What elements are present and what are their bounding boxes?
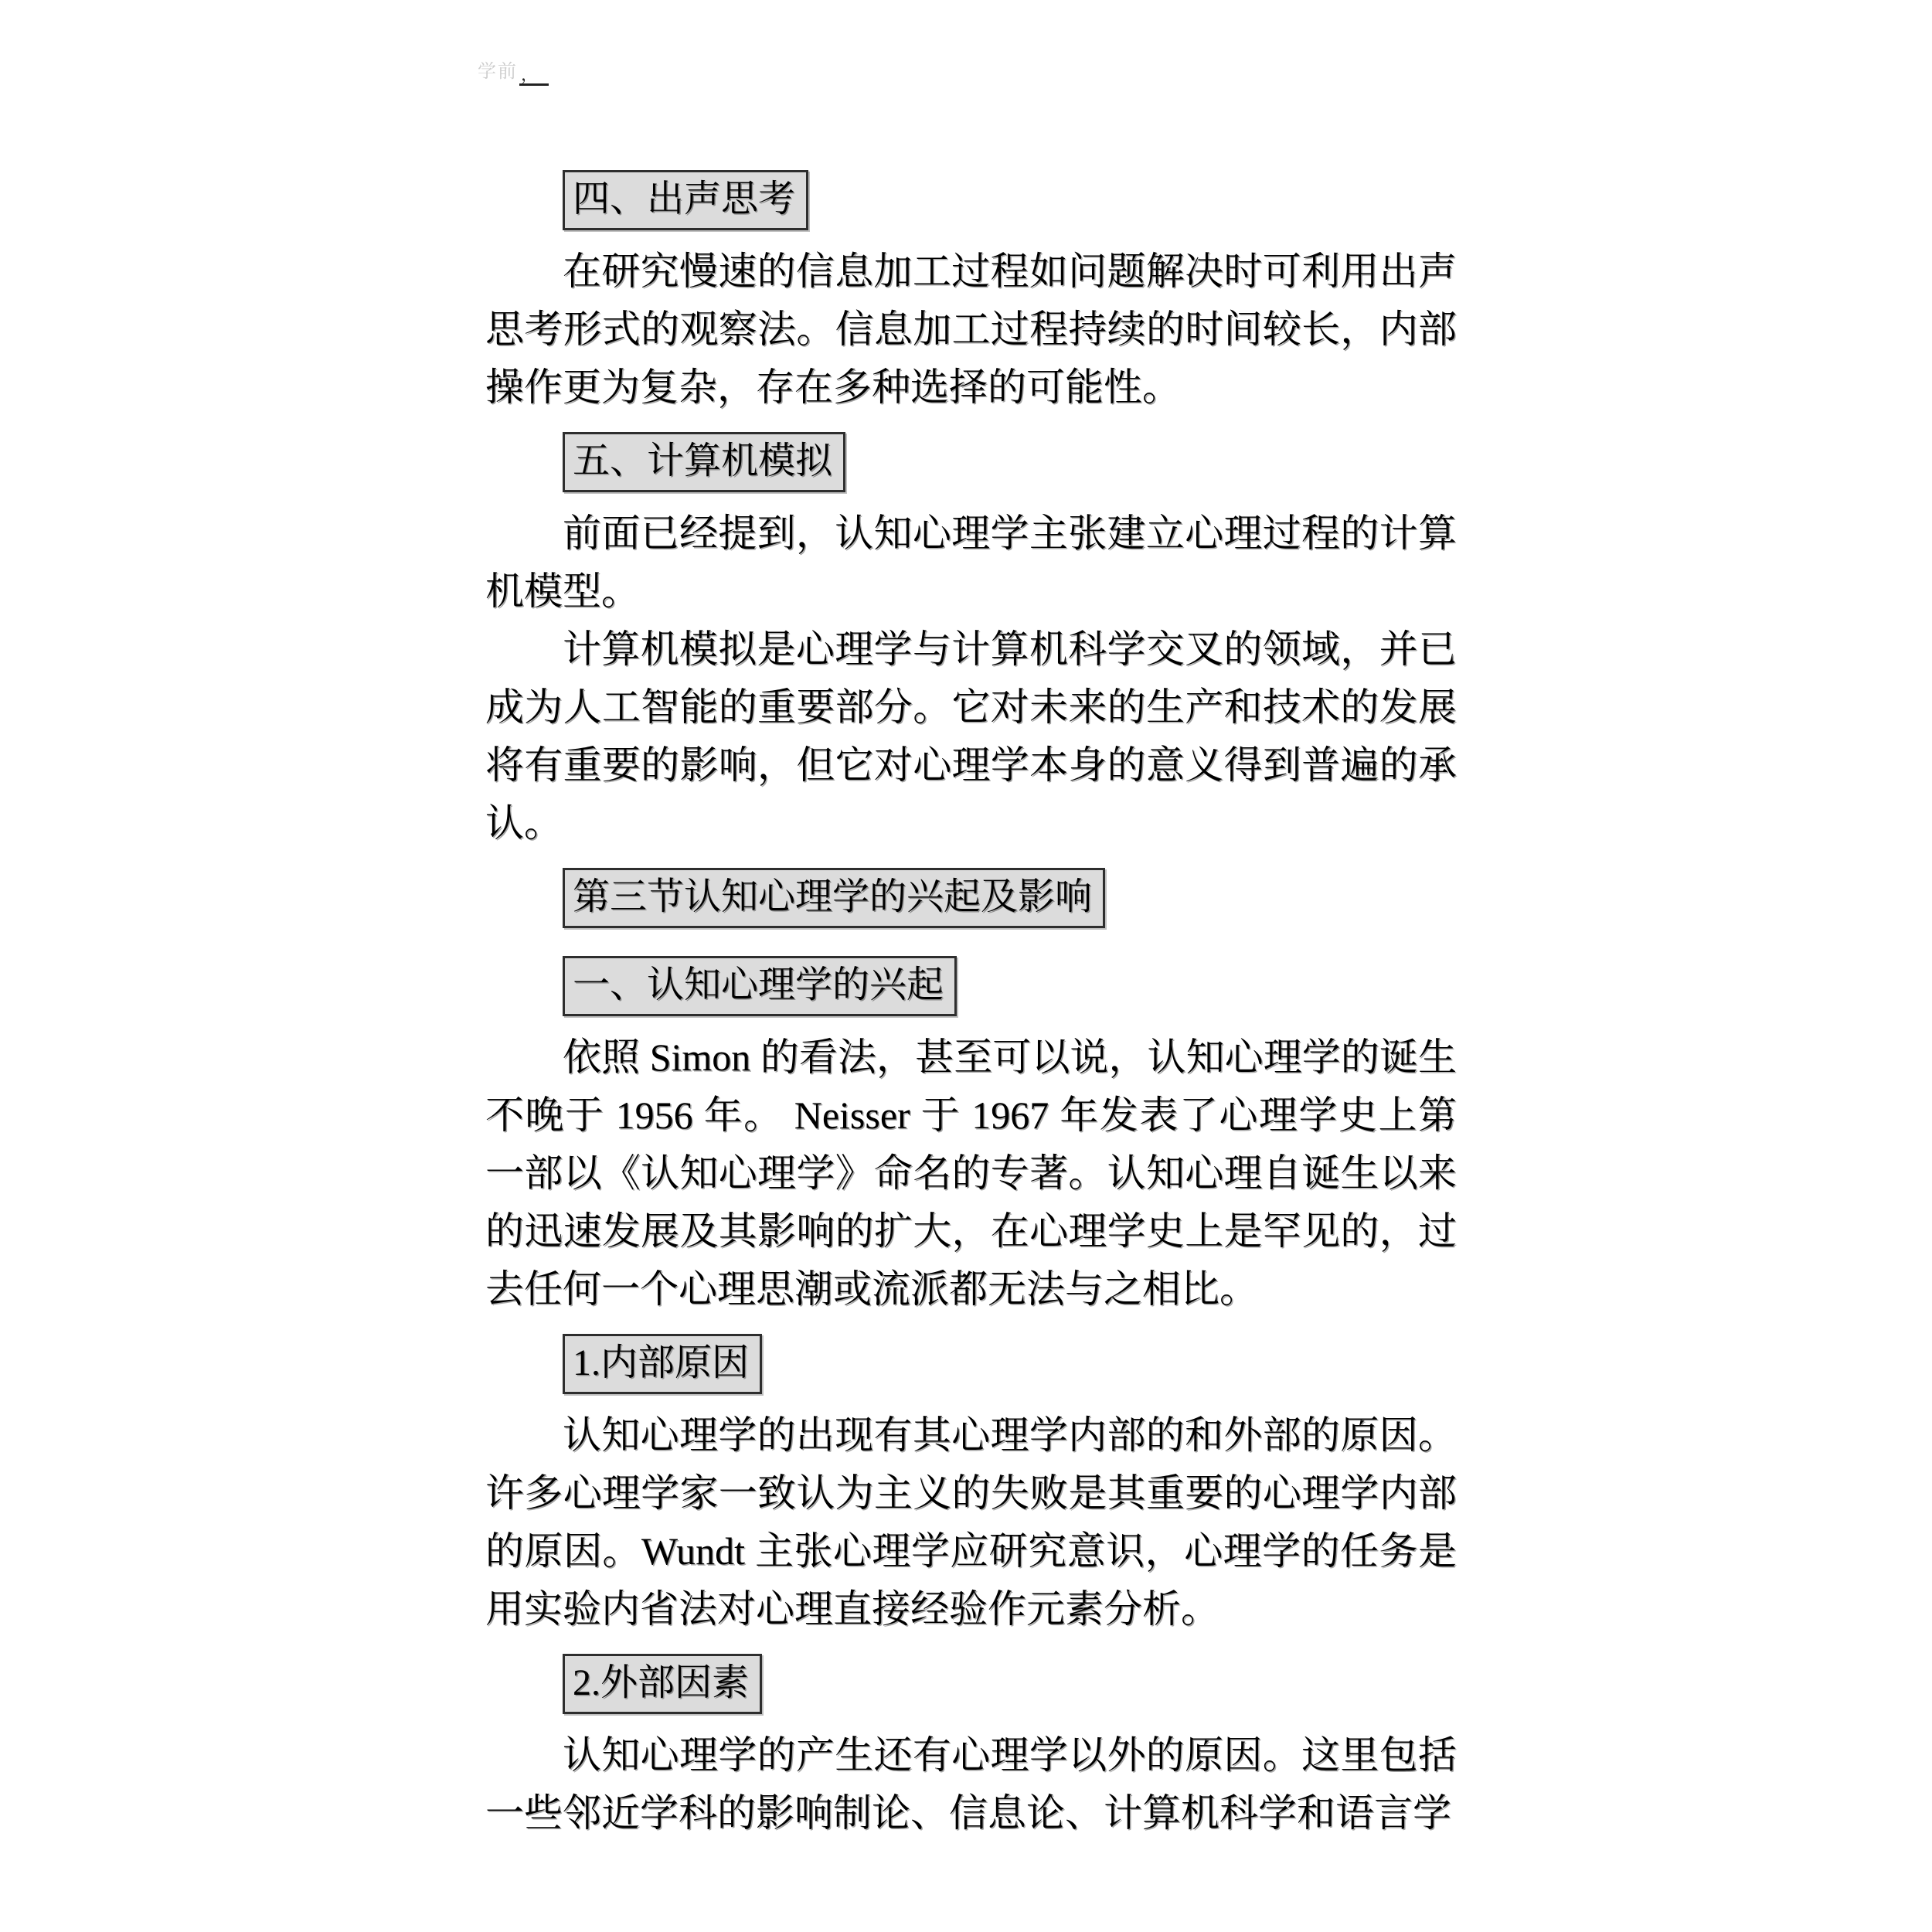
section-heading: 1.内部原因: [563, 1334, 762, 1394]
paragraph: 计算机模拟是心理学与计算机科学交叉的领域，并已成为人工智能的重要部分。它对未来的…: [485, 621, 1457, 852]
paragraph: 认知心理学的产生还有心理学以外的原因。这里包括一些邻近学科的影响制论、信息论、计…: [485, 1726, 1457, 1842]
section-heading: 第三节认知心理学的兴起及影响: [563, 868, 1105, 928]
document-page: 学前 ， 四、出声思考在研究慢速的信息加工过程如问题解决时可利用出声思考形式的观…: [0, 0, 1932, 1932]
watermark-text: 学前: [478, 63, 518, 81]
section-heading: 五、计算机模拟: [563, 432, 845, 492]
section-heading: 四、出声思考: [563, 170, 808, 230]
document-content: 四、出声思考在研究慢速的信息加工过程如问题解决时可利用出声思考形式的观察法。信息…: [485, 155, 1457, 1842]
paragraph: 在研究慢速的信息加工过程如问题解决时可利用出声思考形式的观察法。信息加工过程持续…: [485, 243, 1457, 417]
paragraph: 认知心理学的出现有其心理学内部的和外部的原因。许多心理学家一致认为主义的失败是其…: [485, 1406, 1457, 1638]
paragraph: 依照 Simon 的看法，甚至可以说，认知心理学的诞生不晚于 1956 年。 N…: [485, 1029, 1457, 1318]
page-watermark: 学前 ，: [478, 62, 549, 81]
watermark-comma-mark: ，: [519, 66, 549, 86]
paragraph: 前面已经提到，认知心理学主张建立心理过程的计算机模型。: [485, 505, 1457, 621]
section-heading: 2.外部因素: [563, 1654, 762, 1714]
section-heading: 一、认知心理学的兴起: [563, 956, 957, 1016]
